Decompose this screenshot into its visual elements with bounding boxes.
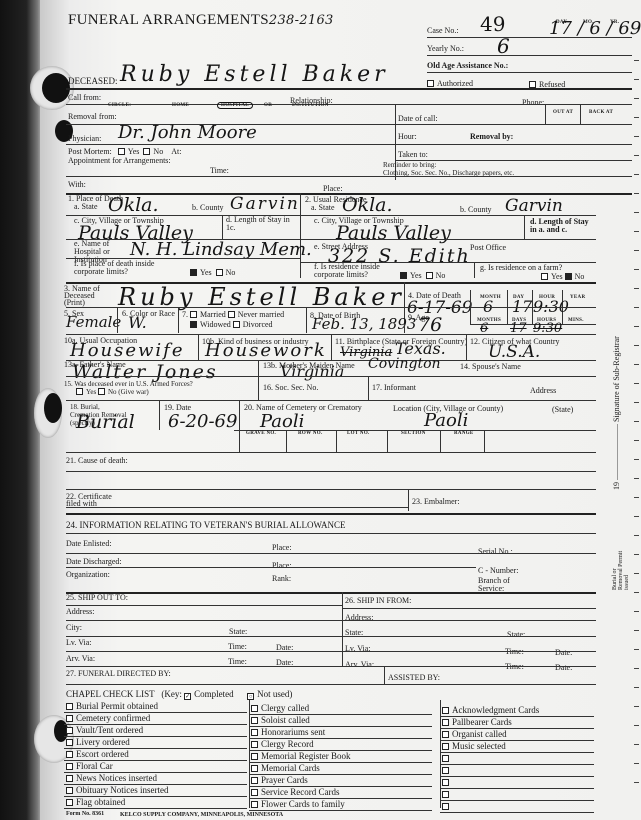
margin-tick [634,288,639,289]
form-number: Form No. 8361 [66,811,104,817]
divider [484,430,485,452]
checkbox-icon[interactable] [66,715,73,722]
deceased-print-label: 3. Name of Deceased (Print) [64,285,108,306]
checklist-item-label: Obituary Notices inserted [76,785,168,795]
cause-of-death-label: 21. Cause of death: [66,456,128,465]
checklist-item-label: Clergy Record [261,739,314,749]
divider [66,307,596,308]
checkbox-icon[interactable] [251,741,258,748]
divider [249,700,250,808]
checklist-item[interactable]: Prayer Cards [251,775,308,785]
margin-tick [634,212,639,213]
phone-annotation: 238-2163 [269,13,334,28]
out-lv-via-label: Lv. Via: [66,638,92,647]
divider [440,764,594,765]
checklist-item[interactable]: Vault/Tent ordered [66,725,143,735]
ship-out-title: 25. SHIP OUT TO: [66,593,128,602]
margin-tick [634,136,639,137]
occupation-value[interactable]: Housewife [70,340,185,361]
option-hospital-circled[interactable]: HOSPITAL [217,102,253,109]
date-enlisted-label: Date Enlisted: [66,539,112,548]
divider [117,307,118,333]
checklist-item-label: Livery ordered [76,737,130,747]
citizen-value[interactable]: U.S.A. [488,342,540,362]
margin-tick [634,269,639,270]
race-value[interactable]: W. [128,313,147,332]
divider [239,400,240,452]
divider [440,812,594,813]
checkbox-icon[interactable] [66,763,73,770]
checklist-item[interactable]: Pallbearer Cards [442,717,512,727]
residence-county[interactable]: Garvin [505,196,563,216]
divider [427,37,632,38]
row-no-label: ROW NO. [298,431,323,436]
checklist-item-label: Floral Car [76,761,113,771]
divider [300,239,596,240]
divider [545,104,546,124]
in-arv-via-label: Arv. Via: [345,660,374,669]
divider [368,376,369,400]
post-office-label: Post Office [470,243,506,252]
sub-registrar-signature-line: 19 ——————— Signature of Sub-Registrar [612,336,621,490]
option-home[interactable]: HOME [172,103,189,108]
margin-tick [634,155,639,156]
hospital-name[interactable]: N. H. Lindsay Mem. [130,239,312,260]
death-limits-label: f. Is place of death inside corporate li… [74,260,184,276]
checkbox-icon[interactable] [251,705,258,712]
death-state[interactable]: Okla. [108,194,159,216]
divider [408,489,409,511]
checklist-item-label: Memorial Cards [261,763,320,773]
back-at-label: BACK AT [589,110,613,115]
divider [404,324,405,333]
divider [66,553,596,554]
checkbox-icon[interactable] [442,707,449,714]
divider [258,360,259,376]
checklist-item-label: Pallbearer Cards [452,717,512,727]
margin-tick [634,611,639,612]
removal-by-label: Removal by: [470,132,513,141]
checkbox-icon[interactable] [442,779,449,786]
checkbox-icon[interactable] [66,751,73,758]
divider [474,262,475,278]
checklist-item[interactable]: Flower Cards to family [251,799,345,809]
checklist-item-label: Clergy called [261,703,309,713]
margin-tick [634,383,639,384]
checklist-item-label: Acknowledgment Cards [452,705,539,715]
margin-tick [634,649,639,650]
widowed-checkbox-checked[interactable] [190,321,197,328]
margin-tick [634,98,639,99]
checklist-item[interactable]: Burial Permit obtained [66,701,158,711]
checklist-item[interactable]: Memorial Cards [251,763,320,773]
range-label: RANGE [454,431,474,436]
margin-tick [634,535,639,536]
margin-tick [634,326,639,327]
divider [466,334,467,360]
margin-tick [634,497,639,498]
date-discharged-label: Date Discharged: [66,557,122,566]
cemetery-name[interactable]: Paoli [260,411,304,432]
checkbox-icon[interactable] [442,791,449,798]
deceased-label: DECEASED: [68,76,118,86]
out-arv-time-label: Time: [228,657,247,666]
divider [249,810,432,811]
death-limits-options: Yes No [190,268,235,277]
post-mortem-yes-checkbox[interactable] [118,148,125,155]
embalmer-label: 23. Embalmer: [412,497,460,506]
divider [66,144,632,145]
divider [178,307,179,333]
appointment-label: Appointment for Arrangements: [68,156,171,165]
yearly-no-label: Yearly No.: [427,44,464,53]
key-completed-icon: ✓ [184,693,191,700]
spouse-label: 14. Spouse's Name [460,362,521,371]
margin-tick [634,440,639,441]
residence-limits-options: Yes No [400,271,445,280]
checklist-item[interactable]: Obituary Notices inserted [66,785,168,795]
divider [66,507,408,508]
checkbox-icon[interactable] [442,755,449,762]
branch-label: Branch of Service: [478,577,528,593]
dob-value[interactable]: Feb. 13, 1893 [312,315,416,333]
divider [440,788,594,789]
residence-city[interactable]: Pauls Valley [336,222,451,244]
limits-no-checkbox[interactable] [216,269,223,276]
divorced-checkbox[interactable] [233,321,240,328]
divider [440,700,441,808]
margin-tick [634,345,639,346]
divider [300,193,301,278]
reminder-note: Reminder to bring:Clothing, Soc. Sec. No… [383,161,514,177]
out-at-label: OUT AT [553,110,573,115]
checklist-item[interactable]: Livery ordered [66,737,130,747]
margin-tick [634,687,639,688]
divider [440,752,594,753]
rank-label: Rank: [272,574,291,583]
farm-options: Yes No [541,272,584,281]
margin-tick [634,478,639,479]
checkbox-icon[interactable] [66,727,73,734]
location-value[interactable]: Paoli [424,410,468,431]
checklist-item-label: Burial Permit obtained [76,701,158,711]
divider [286,430,287,452]
business-value[interactable]: Housework [205,340,327,361]
checklist-item[interactable] [442,801,452,811]
out-city-label: City: [66,623,82,632]
mins-label: MINS. [568,318,584,323]
checklist-item-label: Music selected [452,741,506,751]
case-no-value[interactable]: 49 [480,12,505,36]
checklist-item-label: Memorial Register Book [261,751,351,761]
checklist-item[interactable] [442,789,452,799]
divider [66,620,596,621]
margin-tick [634,79,639,80]
checklist-item[interactable]: Escort ordered [66,749,129,759]
in-lv-date-label: Date: [555,648,572,657]
out-lv-time-label: Time: [228,642,247,651]
discharged-place-label: Place: [272,561,292,570]
margin-tick [634,706,639,707]
divider [66,651,596,652]
checklist-item[interactable]: Soloist called [251,715,310,725]
assisted-by-label: ASSISTED BY: [388,673,440,682]
divider [336,430,337,452]
divider [66,489,596,490]
checklist-item[interactable]: Memorial Register Book [251,751,351,761]
key-not-used-icon: ○ [247,693,254,700]
limits-yes-checkbox-checked[interactable] [190,269,197,276]
burial-method[interactable]: Burial [76,411,135,433]
checkbox-icon[interactable] [442,719,449,726]
checkbox-icon [427,80,434,87]
serial-no-label: Serial No.: [478,547,513,556]
checkbox-icon[interactable] [442,767,449,774]
year-label: YEAR [570,295,585,300]
divider [342,608,596,609]
old-age-label: Old Age Assistance No.: [427,61,508,70]
margin-tick [634,554,639,555]
margin-tick [634,782,639,783]
married-checkbox[interactable] [190,311,197,318]
section-label: SECTION [401,431,426,436]
checkbox-icon[interactable] [442,803,449,810]
veteran-section-title: 24. INFORMATION RELATING TO VETERAN'S BU… [66,520,346,530]
checkbox-icon[interactable] [251,801,258,808]
form-publisher: KELCO SUPPLY COMPANY, MINNEAPOLIS, MINNE… [120,812,283,818]
enlisted-place-label: Place: [272,543,292,552]
date-of-call-label: Date of call: [398,114,438,123]
checklist-item[interactable]: News Notices inserted [66,773,157,783]
checklist-item[interactable]: Clergy called [251,703,309,713]
circle-label: CIRCLE: [108,103,131,108]
checklist-item-label: Soloist called [261,715,310,725]
checklist-item[interactable]: Flag obtained [66,797,125,807]
checkbox-icon[interactable] [442,731,449,738]
margin-tick [634,459,639,460]
hour-label: Hour: [398,132,417,141]
never-married-checkbox[interactable] [228,311,235,318]
checklist-item-label: Honorariums sent [261,727,325,737]
death-county[interactable]: Garvin [230,194,300,214]
checklist-item[interactable] [442,753,452,763]
checklist-item-label: Vault/Tent ordered [76,725,143,735]
checklist-item[interactable]: Honorariums sent [251,727,325,737]
checklist-item-label: Cemetery confirmed [76,713,150,723]
margin-tick [634,592,639,593]
divider [198,334,199,360]
checkbox-icon[interactable] [442,743,449,750]
divider [66,666,596,667]
checkbox-icon[interactable] [66,739,73,746]
case-no-label: Case No.: [427,26,459,35]
in-state-label-2: State: [507,630,525,639]
margin-tick [634,421,639,422]
ship-in-title: 26. SHIP IN FROM: [345,596,411,605]
sex-value[interactable]: Female [66,313,121,331]
margin-tick [634,364,639,365]
post-mortem-row: Post Mortem: Yes No At: [68,147,181,156]
margin-tick [634,231,639,232]
checklist-item-label: Flag obtained [76,797,125,807]
checklist-item[interactable]: Clergy Record [251,739,314,749]
checklist-item[interactable] [442,777,452,787]
checklist-item[interactable]: Cemetery confirmed [66,713,150,723]
margin-tick [634,307,639,308]
checklist-item[interactable]: Organist called [442,729,507,739]
organization-label: Organization: [66,570,110,579]
armed-forces-question: 15. Was deceased ever in U.S. Armed Forc… [64,380,193,396]
checklist-item[interactable]: Floral Car [66,761,113,771]
divider [66,88,632,90]
arrangement-date[interactable]: 17 / 6 / 69 [549,18,641,39]
state-label: (State) [552,405,573,414]
divider [306,307,307,333]
permit-issued-label: Burial or Removal Permit issued [612,550,630,590]
checkbox-icon[interactable] [251,753,258,760]
residence-limits-yes-checked[interactable] [400,272,407,279]
margin-tick [634,60,639,61]
divider [66,605,342,606]
physician-label: Physician: [68,134,101,143]
divider [66,176,632,177]
post-mortem-no-checkbox[interactable] [143,148,150,155]
checkbox-icon[interactable] [66,703,73,710]
divider [427,72,632,73]
mother-maiden-name[interactable]: Virginia [280,362,344,381]
divider [222,215,223,239]
checklist-item-label: Prayer Cards [261,775,308,785]
divider [524,215,525,239]
option-institution[interactable]: INSTITUTION [292,103,329,108]
margin-tick [634,516,639,517]
informant-label: 17. Informant [372,383,416,392]
age-value[interactable]: 76 [418,314,442,336]
checkbox-icon [529,81,536,88]
checklist-item-label: Service Record Cards [261,787,339,797]
divider [580,104,581,124]
deceased-name[interactable]: Ruby Estell Baker [120,62,389,87]
checkbox-icon[interactable] [251,729,258,736]
grave-no-label: GRAVE NO. [246,431,276,436]
armed-yes-checkbox[interactable] [76,388,83,395]
divider [331,334,332,360]
residence-state[interactable]: Okla. [342,194,393,216]
phone-label: Phone: [522,98,544,107]
armed-no-checkbox[interactable] [98,388,105,395]
divider [66,452,596,453]
form-title: FUNERAL ARRANGEMENTS238-2163 [68,12,334,29]
checkbox-icon[interactable] [66,775,73,782]
informant-address-label: Address [530,386,556,395]
death-county-label: b. County [192,203,224,212]
death-stay-label: d. Length of Stay in 1c. [226,216,296,232]
c-number-label: C - Number: [478,566,518,575]
divider [440,430,441,452]
place-label: Place: [323,184,343,193]
checkbox-icon[interactable] [251,789,258,796]
checkbox-icon[interactable] [66,799,73,806]
certificate-label: 22. Certificate filed with [66,493,126,507]
taken-to-label: Taken to: [398,150,428,159]
checkbox-icon[interactable] [251,717,258,724]
divider [66,400,596,401]
divider [384,666,385,684]
checklist-header: CHAPEL CHECK LIST (Key: ✓Completed ○Not … [66,689,292,700]
checkbox-icon[interactable] [251,777,258,784]
divider [66,513,596,515]
spouse-name[interactable]: Covington [368,356,441,372]
physician-name[interactable]: Dr. John Moore [118,122,257,143]
checklist-item[interactable]: Music selected [442,741,506,751]
out-state-label: State: [229,627,247,636]
divider [440,776,594,777]
checklist-item[interactable]: Acknowledgment Cards [442,705,539,715]
burial-date[interactable]: 6-20-69 [168,411,237,432]
residence-limits-label: f. Is residence inside corporate limits? [314,263,394,279]
ssn-label: 16. Soc. Sec. No. [263,383,318,392]
with-label: With: [68,180,86,189]
divider [427,55,632,56]
divider [342,592,343,666]
divider [64,808,247,809]
divider [66,592,596,594]
directed-by-label: 27. FUNERAL DIRECTED BY: [66,669,171,678]
checklist-item-label: Flower Cards to family [261,799,345,809]
margin-tick [634,193,639,194]
call-from-label: Call from: [68,93,101,102]
authorized-checkbox[interactable]: Authorized [427,79,473,88]
farm-yes[interactable] [541,273,548,280]
or-label: OR [264,103,272,108]
divider [66,684,596,685]
checklist-item[interactable] [442,765,452,775]
lot-no-label: LOT NO. [347,431,370,436]
residence-limits-no[interactable] [426,272,433,279]
out-arv-via-label: Arv. Via: [66,654,95,663]
checklist-item-label: News Notices inserted [76,773,157,783]
margin-tick [634,744,639,745]
farm-label: g. Is residence on a farm? [480,264,562,272]
divider [66,471,596,472]
divider [66,104,632,105]
farm-no-checked[interactable] [565,273,572,280]
marital-status: 7. Married Never married Widowed Divorce… [182,310,284,330]
binder-hole [44,393,62,423]
margin-tick [634,250,639,251]
divider [440,800,594,801]
out-address-label: Address: [66,607,94,616]
margin-tick [634,668,639,669]
checklist-item[interactable]: Service Record Cards [251,787,339,797]
margin-tick [634,725,639,726]
checklist-item-label: Organist called [452,729,507,739]
divider [66,636,596,637]
checkbox-icon[interactable] [66,787,73,794]
time-label: Time: [210,166,229,175]
divider [258,376,259,400]
margin-tick [634,573,639,574]
checkbox-icon[interactable] [251,765,258,772]
divider [66,376,596,377]
margin-tick [634,763,639,764]
residence-stay-label: d. Length of Stay in a. and c. [530,218,596,234]
margin-tick [634,117,639,118]
in-arv-date-label: Date: [555,663,572,672]
margin-tick [634,402,639,403]
margin-tick [634,630,639,631]
removal-from-label: Removal from: [68,112,117,121]
